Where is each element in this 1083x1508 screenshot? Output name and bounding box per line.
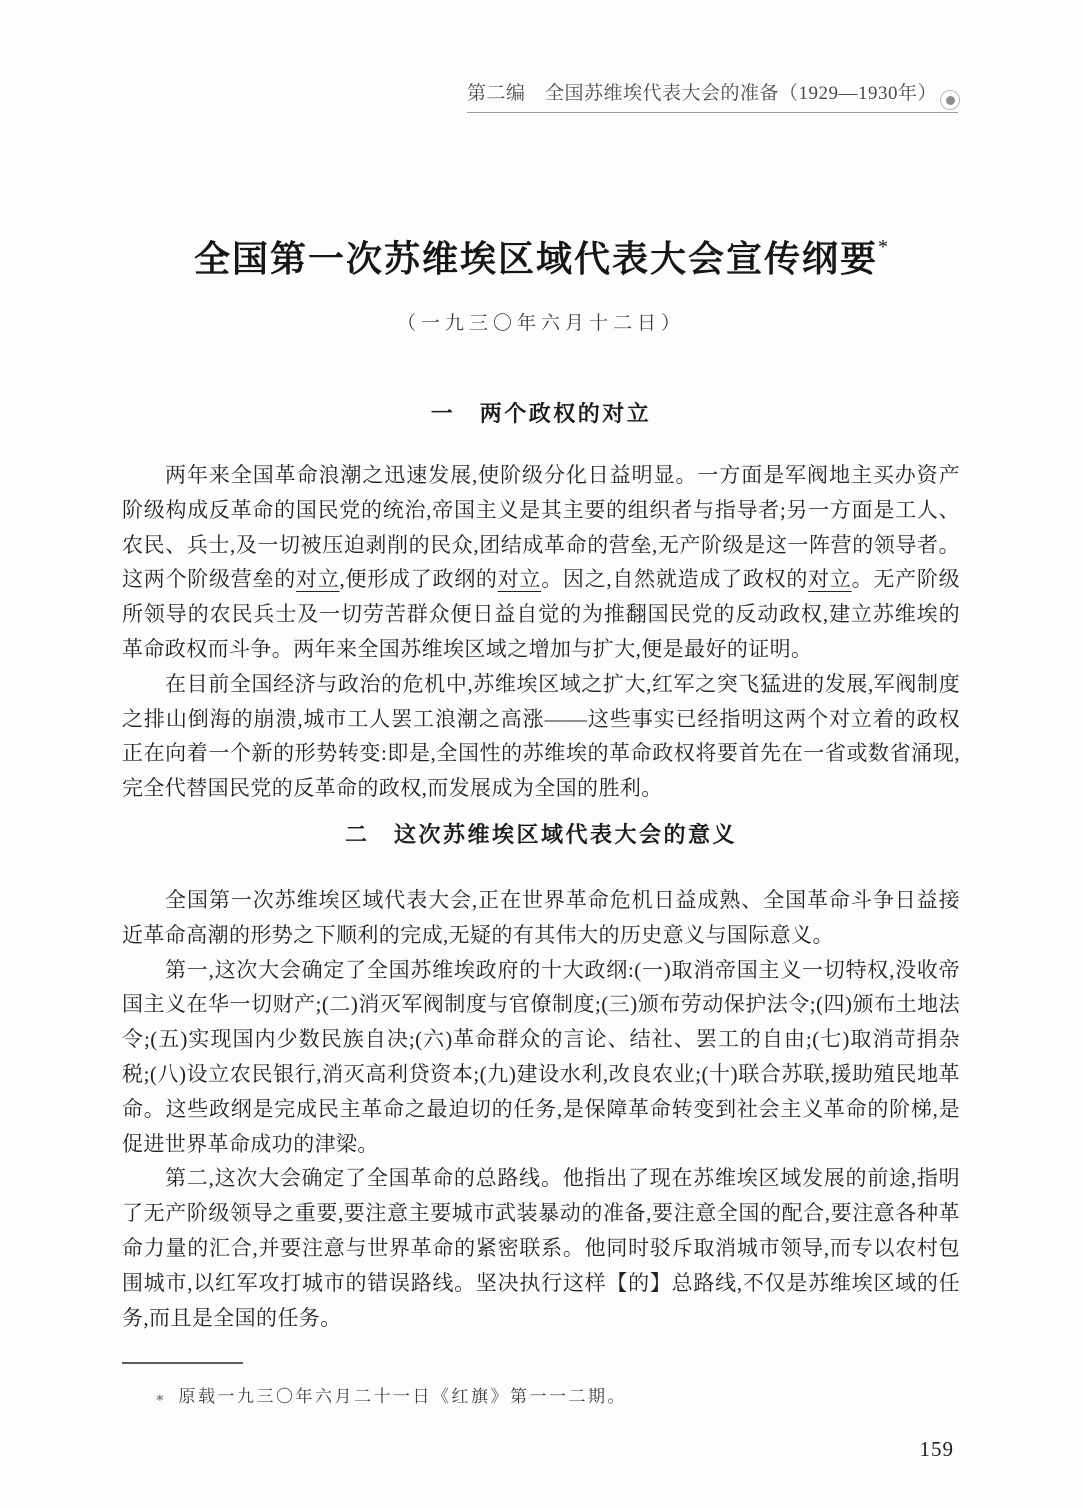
document-title-text: 全国第一次苏维埃区域代表大会宣传纲要 bbox=[194, 239, 878, 279]
footnote-marker: ∗ bbox=[155, 1391, 165, 1406]
book-page: 第二编 全国苏维埃代表大会的准备（1929—1930年） 全国第一次苏维埃区域代… bbox=[0, 0, 1083, 1508]
paragraph: 第二,这次大会确定了全国革命的总路线。他指出了现在苏维埃区域发展的前途,指明了无… bbox=[122, 1161, 960, 1335]
section-heading-2: 二 这次苏维埃区域代表大会的意义 bbox=[122, 820, 960, 850]
paragraph: 全国第一次苏维埃区域代表大会,正在世界革命危机日益成熟、全国革命斗争日益接近革命… bbox=[122, 883, 960, 953]
document-title: 全国第一次苏维埃区域代表大会宣传纲要* bbox=[122, 225, 960, 281]
document-date: （一九三〇年六月十二日） bbox=[122, 311, 960, 337]
footnote: ∗原载一九三〇年六月二十一日《红旗》第一一二期。 bbox=[155, 1385, 960, 1411]
page-number: 159 bbox=[122, 1437, 954, 1462]
footnote-text: 原载一九三〇年六月二十一日《红旗》第一一二期。 bbox=[179, 1387, 628, 1406]
section-body-2: 全国第一次苏维埃区域代表大会,正在世界革命危机日益成熟、全国革命斗争日益接近革命… bbox=[122, 883, 960, 1335]
title-footnote-marker: * bbox=[878, 236, 888, 258]
running-header-text: 第二编 全国苏维埃代表大会的准备（1929—1930年） bbox=[467, 83, 937, 104]
paragraph: 两年来全国革命浪潮之迅速发展,使阶级分化日益明显。一方面是军阀地主买办资产阶级构… bbox=[122, 458, 960, 667]
section-heading-1: 一 两个政权的对立 bbox=[122, 399, 960, 429]
running-header: 第二编 全国苏维埃代表大会的准备（1929—1930年） bbox=[467, 78, 958, 113]
paragraph: 在目前全国经济与政治的危机中,苏维埃区域之扩大,红军之突飞猛进的发展,军阀制度之… bbox=[122, 667, 960, 806]
paragraph: 第一,这次大会确定了全国苏维埃政府的十大政纲:(一)取消帝国主义一切特权,没收帝… bbox=[122, 953, 960, 1162]
section-body-1: 两年来全国革命浪潮之迅速发展,使阶级分化日益明显。一方面是军阀地主买办资产阶级构… bbox=[122, 458, 960, 806]
bullseye-icon bbox=[940, 90, 960, 110]
footnote-divider bbox=[122, 1362, 243, 1364]
